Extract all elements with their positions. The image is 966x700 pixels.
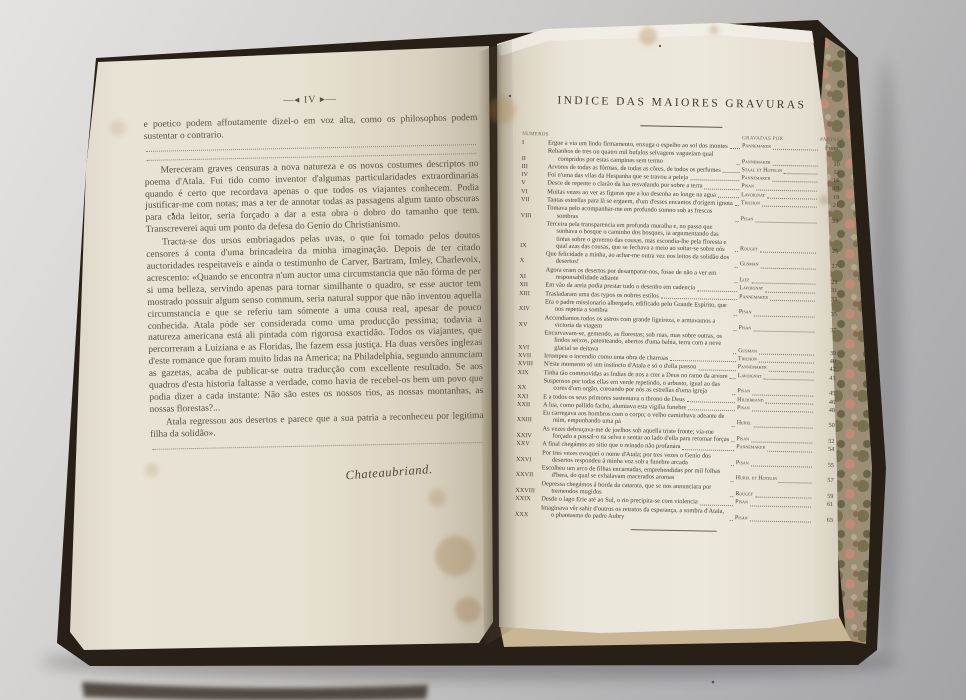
entry-engraver-box: Pannemaker [738, 364, 816, 373]
dot-leader [763, 379, 813, 381]
entry-engraver-box: Pisan [741, 184, 819, 193]
entry-caption: Encurvavam-se, gemendo, as florestas; so… [544, 330, 731, 355]
entry-engraver-box: Pisan [737, 388, 815, 397]
dot-leader [760, 252, 816, 254]
entry-engraver-box: Pannemaker [741, 175, 819, 184]
dot-leader [751, 442, 812, 444]
dot-leader [755, 221, 816, 223]
entry-number: XXX [515, 511, 541, 519]
entry-page: 10 [820, 160, 840, 168]
dot-leader [733, 353, 736, 354]
dot-leader [753, 315, 814, 317]
dot-leader [765, 403, 813, 405]
entry-engraver-box: Lavoignat [738, 373, 816, 382]
entry-engraver-box: Trichon [738, 356, 816, 365]
dot-leader [759, 362, 814, 364]
entry-engraver-box: Pisan [741, 216, 819, 225]
header-ornament-left: —◂ [283, 95, 300, 106]
entry-page: Front. [820, 145, 840, 153]
entry-number: XIV [519, 305, 545, 313]
entry-engraver-box: Rouget [740, 246, 818, 255]
entry-engraver-box: Staal et Hotelin [741, 167, 819, 176]
dot-leader [737, 164, 740, 165]
dot-leader [735, 251, 738, 252]
dot-leader [733, 330, 736, 331]
entry-engraver-box: Gusman [740, 262, 818, 271]
entry-engraver-box: Hurel et Hotelin [736, 476, 814, 485]
header-ornament-right: ▸— [320, 94, 337, 105]
left-page-paragraphs: e poetico podem affoutamente dizel-o em … [143, 113, 484, 450]
entry-number: XII [519, 281, 545, 289]
dot-leader [779, 482, 812, 484]
dot-leader [731, 481, 734, 482]
entry-engraver: Pannemaker [742, 143, 771, 151]
entry-number: IV [521, 171, 547, 179]
entry-engraver: Trichon [738, 356, 757, 364]
dot-leader [770, 300, 815, 302]
dot-leader [697, 290, 737, 292]
entry-number: V [521, 179, 547, 187]
entry-engraver: Pisan [736, 436, 749, 444]
dot-leader [730, 496, 733, 497]
dot-leader [751, 283, 815, 285]
dot-leader [773, 165, 818, 167]
entry-page: 61 [813, 501, 833, 509]
entry-page: 59 [813, 493, 833, 501]
entry-engraver-box: Lavoignat [741, 192, 819, 201]
entry-engraver-box: Pannemaker [739, 294, 817, 303]
paragraph: Mereceram graves censuras a nova naturez… [144, 159, 479, 237]
entry-page: 37 [816, 327, 836, 335]
entry-number: XX [517, 384, 543, 392]
entry-page: 40 [816, 358, 836, 366]
entry-engraver: Gusman [738, 348, 757, 356]
entry-number: VIII [521, 212, 547, 220]
entry-number: VII [521, 196, 547, 204]
entry-engraver: Lavoignat [739, 286, 763, 294]
entry-number: XXII [517, 401, 543, 409]
dot-leader [735, 205, 739, 206]
entry-engraver-box: Liez [739, 277, 817, 286]
entry-page: 55 [814, 462, 834, 470]
entry-page: 27 [818, 263, 838, 271]
entry-engraver-box: Lavoignat [739, 286, 817, 295]
photo-of-open-book: —◂ IV ▸— e poetico podem affoutamente di… [0, 0, 966, 700]
dot-leader [730, 520, 733, 521]
dot-leader [730, 148, 740, 149]
entry-engraver: Trichon [741, 200, 760, 208]
entry-page: 31 [817, 287, 837, 295]
entry-engraver: Pisan [739, 309, 752, 317]
dot-leader [736, 221, 739, 222]
entry-engraver: Lavoignat [738, 373, 762, 381]
entry-number: XVIII [518, 360, 544, 368]
entry-number: X [520, 257, 546, 265]
dot-leader [755, 497, 811, 499]
dot-leader [756, 189, 817, 191]
dot-leader [752, 411, 813, 413]
entry-engraver: Pisan [735, 500, 748, 508]
entry-engraver-box: Trichon [741, 200, 819, 209]
entry-number: XXI [517, 392, 543, 400]
entry-engraver-box: Pannemaker [742, 143, 820, 152]
entry-number: II [522, 155, 548, 163]
page-number: IV [304, 94, 317, 105]
dot-leader [750, 505, 811, 507]
entry-page: 23 [819, 217, 839, 225]
entry-number: XVI [518, 344, 544, 352]
dot-leader [731, 441, 734, 442]
paragraph: e poetico podem affoutamente dizel-o em … [143, 113, 477, 144]
entry-page: 43 [816, 374, 836, 382]
entry-page: 12 [819, 169, 839, 177]
dot-leader [753, 426, 812, 428]
entry-engraver-box: Gusman [738, 348, 816, 357]
entry-engraver: Staal et Hotelin [741, 167, 781, 175]
entry-engraver: Pisan [741, 216, 754, 224]
entry-page: 21 [819, 202, 839, 210]
entry-engraver: Pannemaker [742, 159, 771, 167]
entry-number: XXIX [515, 495, 541, 503]
dot-leader [688, 409, 735, 411]
dot-leader [772, 181, 817, 183]
entry-engraver: Rouget [740, 246, 758, 254]
entry-engraver: Gusman [740, 262, 759, 270]
entry-number: III [522, 163, 548, 171]
dot-leader [698, 369, 735, 371]
entry-engraver: Pannemaker [739, 294, 768, 302]
dot-leader [700, 504, 733, 506]
entry-number: XXVIII [515, 487, 541, 495]
entry-page: 29 [817, 279, 837, 287]
dot-leader [670, 360, 736, 362]
entry-caption: Imaginava vêr sahir d'outros os retratos… [541, 504, 728, 522]
entry-engraver: Pannemaker [736, 444, 765, 452]
entry-number: XV [519, 321, 545, 329]
entry-number: IX [520, 242, 546, 250]
entry-page: 54 [814, 446, 834, 454]
entry-page: 18 [819, 185, 839, 193]
entry-page: 39 [816, 349, 836, 357]
entry-number: I [522, 139, 548, 147]
dot-leader [731, 465, 734, 466]
gutter-shadow [478, 40, 518, 646]
entry-page: 63 [813, 517, 833, 525]
board-bottom-edge [82, 682, 428, 700]
dot-leader [759, 354, 814, 356]
dot-leader [760, 267, 815, 269]
entry-page: 57 [814, 477, 834, 485]
index-row: IX Terceira pela transparencia em profun… [520, 220, 839, 255]
entry-number: XXIV [516, 432, 542, 440]
dot-leader [718, 197, 739, 198]
dot-leader [773, 149, 818, 151]
entry-number: XXVII [516, 471, 542, 479]
col-header-page: PAGINAS [820, 138, 840, 143]
entry-engraver-box: Rouget [735, 491, 813, 500]
entry-engraver: Pannemaker [738, 364, 767, 372]
dot-leader [765, 291, 815, 293]
entry-page: 33 [817, 295, 837, 303]
dot-leader [784, 173, 818, 175]
entry-page: 16 [819, 177, 839, 185]
left-page-text: —◂ IV ▸— e poetico podem affoutamente di… [143, 91, 485, 487]
entry-page: 42 [816, 366, 836, 374]
index-page: INDICE DAS MAIORES GRAVURAS NUMEROS GRAV… [515, 94, 841, 534]
entry-engraver: Pisan [741, 184, 754, 192]
entry-engraver: Pannemaker [741, 175, 770, 183]
dot-leader [723, 172, 740, 173]
dot-leader [687, 401, 735, 403]
entry-page: 35 [817, 311, 837, 319]
entry-engraver-box: Pisan [737, 405, 815, 414]
entry-number: XIII [519, 290, 545, 298]
entry-page: 25 [818, 248, 838, 256]
entry-number: XXV [516, 440, 542, 448]
entry-engraver: Pisan [737, 388, 750, 396]
dot-leader [751, 466, 812, 468]
entry-page: 19 [819, 193, 839, 201]
dot-leader [661, 298, 737, 300]
dot-leader [734, 282, 737, 283]
entry-engraver-box: Pisan [735, 500, 813, 509]
entry-engraver-box: Pannemaker [736, 444, 814, 453]
entry-number: XXIII [517, 416, 543, 424]
dot-leader [750, 521, 811, 523]
entry-engraver-box: Pisan [736, 460, 814, 469]
entry-engraver-box: Pisan [739, 309, 817, 318]
entry-engraver-box: Pannemaker [742, 159, 820, 168]
dot-leader [704, 188, 739, 190]
dot-leader [734, 315, 737, 316]
entry-page: 45 [815, 390, 835, 398]
entry-engraver: Pisan [735, 515, 748, 523]
entry-engraver-box: Hildibrand [737, 397, 815, 406]
entry-engraver: Liez [739, 277, 749, 284]
entry-engraver: Hurel [737, 421, 752, 429]
dot-leader [753, 331, 814, 333]
dot-leader [732, 426, 735, 427]
entry-engraver-box: Pisan [738, 325, 816, 334]
entry-number: VI [521, 188, 547, 196]
col-header-engraver: GRAVADAS POR [742, 136, 820, 142]
entry-engraver: Hurel et Hotelin [736, 476, 778, 484]
entry-caption: Terceira pela transparencia em profunda … [546, 220, 734, 253]
entry-number: XIX [518, 369, 544, 377]
dot-leader [732, 394, 735, 395]
entry-engraver: Hildibrand [737, 397, 763, 405]
entry-engraver-box: Hurel [737, 421, 815, 430]
paragraph: Tracta-se dos ursos embriagados pelas uv… [146, 231, 484, 417]
entry-number: XI [519, 273, 545, 281]
entry-engraver: Pisan [737, 405, 750, 413]
entry-engraver: Pisan [738, 325, 751, 333]
entry-engraver: Rouget [735, 491, 753, 499]
entry-page: 48 [815, 406, 835, 414]
col-header-number: NUMEROS [522, 132, 548, 137]
dot-leader [752, 394, 813, 396]
entry-engraver-box: Pisan [735, 515, 813, 524]
dot-leader [767, 198, 817, 200]
entry-engraver: Lavoignat [741, 192, 765, 200]
index-table: I Ergue a via um lindo firmamento, enxug… [515, 139, 840, 524]
entry-engraver: Pisan [736, 460, 749, 468]
dot-leader [762, 206, 817, 208]
dot-leader [730, 378, 736, 379]
dot-leader [735, 267, 738, 268]
entry-number: XXVI [516, 456, 542, 464]
entry-number: XVII [518, 352, 544, 360]
entry-page: 46 [815, 398, 835, 406]
dot-leader [769, 370, 814, 372]
dot-leader [767, 450, 812, 452]
entry-page: 52 [814, 438, 834, 446]
title-rule [640, 125, 722, 128]
entry-engraver-box: Pisan [736, 436, 814, 445]
dot-leader [682, 449, 734, 451]
entry-page: 50 [815, 422, 835, 430]
dot-leader [690, 180, 739, 182]
